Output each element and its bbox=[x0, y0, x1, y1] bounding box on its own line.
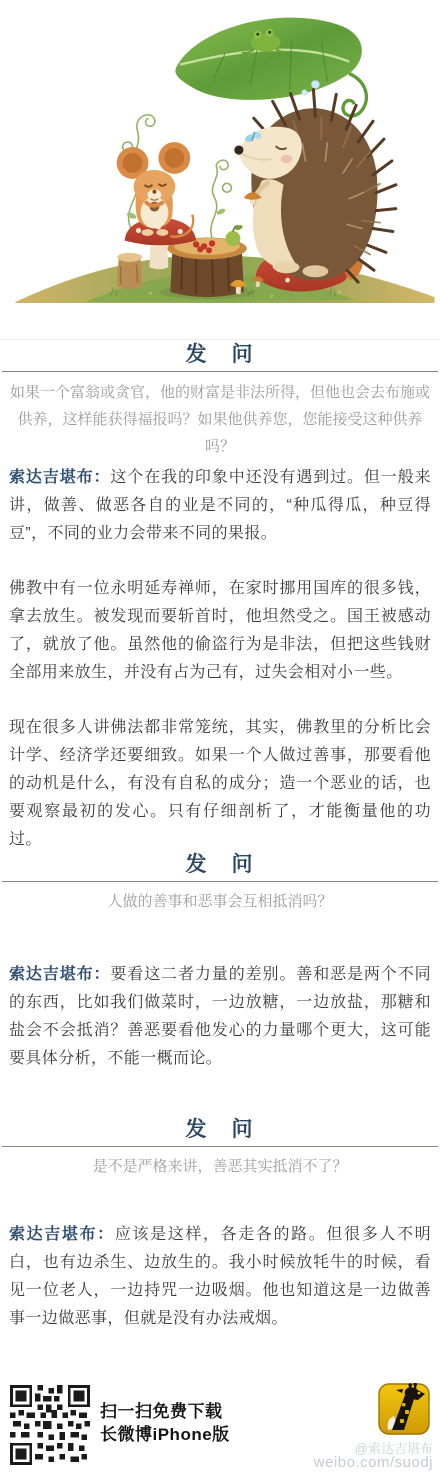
hedgehog-mouse-illustration bbox=[0, 2, 440, 310]
section1-header: 发 问 bbox=[0, 342, 440, 368]
speaker-name: 索达吉堪布： bbox=[9, 1226, 115, 1243]
speaker-name: 索达吉堪布： bbox=[9, 966, 110, 983]
illustration-leaf-umbrella bbox=[175, 18, 366, 116]
section3-rule bbox=[2, 1146, 438, 1147]
section1-rule bbox=[2, 371, 438, 372]
qr-caption-line1: 扫一扫免费下载 bbox=[100, 1400, 230, 1423]
answer-paragraph: 佛教中有一位永明延寿禅师，在家时挪用国库的很多钱，拿去放生。被发现而要斩首时，他… bbox=[9, 575, 431, 687]
section2-header: 发 问 bbox=[0, 852, 440, 878]
speaker-name: 索达吉堪布： bbox=[9, 469, 110, 486]
qr-caption-line2: 长微博iPhone版 bbox=[100, 1423, 230, 1446]
answer-paragraph: 索达吉堪布：这个在我的印象中还没有遇到过。但一般来讲，做善、做恶各自的业是不同的… bbox=[9, 464, 431, 548]
qr-caption: 扫一扫免费下载 长微博iPhone版 bbox=[100, 1400, 230, 1446]
changweibo-giraffe-app-icon bbox=[378, 1383, 430, 1435]
answer-paragraph: 索达吉堪布：应该是这样，各走各的路。但很多人不明白，也有边杀生、边放生的。我小时… bbox=[9, 1221, 431, 1333]
section1-question: 如果一个富翁或贪官，他的财富是非法所得，但他也会去布施或供养，这样能获得福报吗？… bbox=[8, 379, 432, 460]
qr-code-icon bbox=[10, 1385, 90, 1465]
section2-question: 人做的善事和恶事会互相抵消吗？ bbox=[8, 888, 432, 915]
section3-answer: 索达吉堪布：应该是这样，各走各的路。但很多人不明白，也有边杀生、边放生的。我小时… bbox=[9, 1221, 431, 1360]
answer-paragraph: 现在很多人讲佛法都非常笼统，其实，佛教里的分析比会计学、经济学还要细致。如果一个… bbox=[9, 714, 431, 854]
section2-rule bbox=[2, 881, 438, 882]
section1-top-rule bbox=[0, 339, 440, 340]
section1-answer: 索达吉堪布：这个在我的印象中还没有遇到过。但一般来讲，做善、做恶各自的业是不同的… bbox=[9, 464, 431, 881]
section3-question: 是不是严格来讲，善恶其实抵消不了？ bbox=[8, 1153, 432, 1180]
watermark-url: weibo.com/suodj bbox=[314, 1454, 433, 1471]
section3-header: 发 问 bbox=[0, 1117, 440, 1143]
answer-paragraph: 索达吉堪布：要看这二者力量的差别。善和恶是两个不同的东西，比如我们做菜时，一边放… bbox=[9, 961, 431, 1073]
section2-answer: 索达吉堪布：要看这二者力量的差别。善和恶是两个不同的东西，比如我们做菜时，一边放… bbox=[9, 961, 431, 1100]
